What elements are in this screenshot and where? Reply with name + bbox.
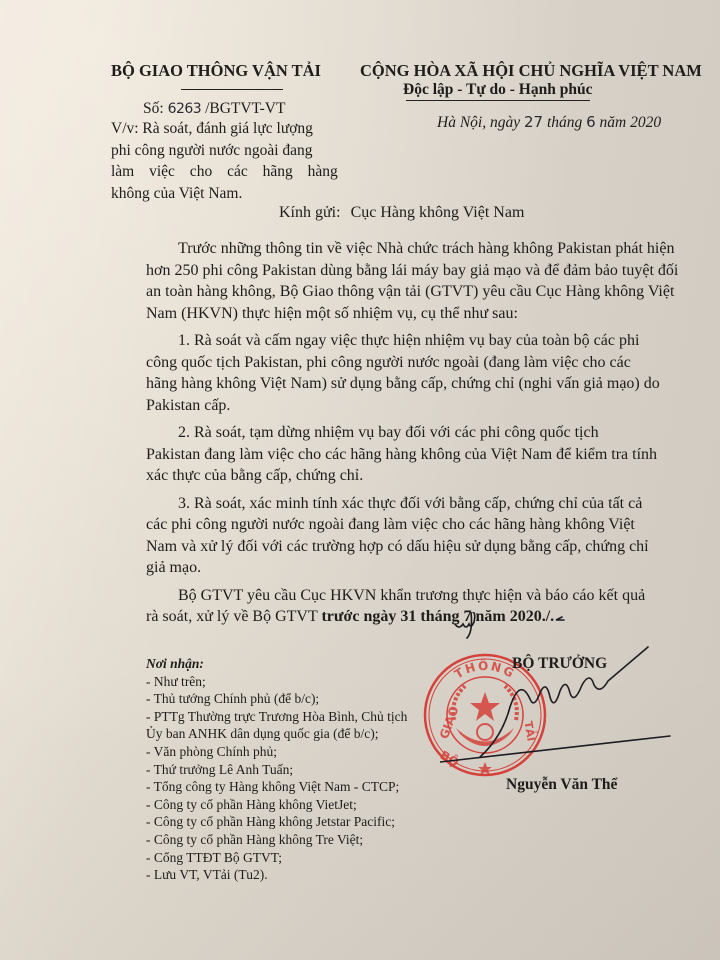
- date-prefix: Hà Nội, ngày: [437, 114, 524, 131]
- body-line: an toàn hàng không, Bộ Giao thông vận tả…: [146, 281, 598, 303]
- cc-list: Nơi nhận: - Như trên; - Thủ tướng Chính …: [146, 655, 407, 884]
- subject-line: làm việc cho các hãng hàng: [111, 161, 335, 183]
- body-line: Pakistan cấp.: [146, 395, 598, 417]
- date-month-label: tháng: [543, 114, 586, 131]
- date-year: năm 2020: [596, 114, 661, 131]
- body-line: Trước những thông tin về việc Nhà chức t…: [146, 238, 598, 260]
- cc-item: Ủy ban ANHK dân dụng quốc gia (để b/c);: [146, 725, 407, 743]
- date-line: Hà Nội, ngày 27 tháng 6 năm 2020: [437, 113, 661, 132]
- cc-item: - Thủ tướng Chính phủ (để b/c);: [146, 690, 407, 708]
- body-line: Nam và xử lý đối với các trường hợp có d…: [146, 536, 598, 558]
- subject-block: V/v: Rà soát, đánh giá lực lượng phi côn…: [111, 118, 335, 204]
- subject-line: không của Việt Nam.: [111, 183, 335, 205]
- body-line: các phi công người nước ngoài đang làm v…: [146, 514, 598, 536]
- date-month-handwritten: 6: [586, 113, 596, 131]
- subject-line: phi công người nước ngoài đang: [111, 140, 335, 162]
- body-line: Pakistan đang làm việc cho các hãng hàng…: [146, 444, 598, 466]
- body-line: Nam (HKVN) thực hiện một số nhiệm vụ, cụ…: [146, 303, 598, 325]
- cc-item: - PTTg Thường trực Trương Hòa Bình, Chủ …: [146, 708, 407, 726]
- recipient-name: Cục Hàng không Việt Nam: [351, 204, 525, 221]
- body-line: 1. Rà soát và cấm ngay việc thực hiện nh…: [146, 330, 598, 352]
- cc-item: - Công ty cổ phần Hàng không VietJet;: [146, 796, 407, 814]
- signer-position: BỘ TRƯỞNG: [512, 655, 607, 673]
- subject-line: V/v: Rà soát, đánh giá lực lượng: [111, 118, 335, 140]
- header-divider-left: [181, 89, 283, 90]
- body-line: Bộ GTVT yêu cầu Cục HKVN khẩn trương thự…: [146, 585, 598, 607]
- header-divider-right: [406, 100, 590, 101]
- cc-item: - Văn phòng Chính phủ;: [146, 743, 407, 761]
- body-line: hãng hàng không Việt Nam) sử dụng bằng c…: [146, 373, 598, 395]
- cc-item: - Như trên;: [146, 673, 407, 691]
- cc-item: - Cổng TTĐT Bộ GTVT;: [146, 849, 407, 867]
- cc-item: - Công ty cổ phần Hàng không Tre Việt;: [146, 831, 407, 849]
- recipient-line: Kính gửi:Cục Hàng không Việt Nam: [279, 204, 524, 222]
- signer-name: Nguyễn Văn Thể: [506, 776, 617, 794]
- cc-title: Nơi nhận:: [146, 655, 407, 673]
- deadline-prefix: rà soát, xử lý về Bộ GTVT: [146, 608, 321, 625]
- cc-item: - Tổng công ty Hàng không Việt Nam - CTC…: [146, 778, 407, 796]
- date-day-handwritten: 27: [524, 113, 543, 131]
- body-line: hơn 250 phi công Pakistan dùng bằng lái …: [146, 260, 598, 282]
- cc-item: - Thứ trưởng Lê Anh Tuấn;: [146, 761, 407, 779]
- body-line: xác thực của bằng cấp, chứng chỉ.: [146, 465, 598, 487]
- doc-number-suffix: /BGTVT-VT: [201, 100, 285, 117]
- document-number: Số: 6263 /BGTVT-VT: [143, 100, 285, 118]
- body-line: 3. Rà soát, xác minh tính xác thực đối v…: [146, 493, 598, 515]
- item-3: 3. Rà soát, xác minh tính xác thực đối v…: [146, 493, 598, 579]
- national-title: CỘNG HÒA XÃ HỘI CHỦ NGHĨA VIỆT NAM: [360, 61, 702, 81]
- recipient-label: Kính gửi:: [279, 204, 341, 221]
- cc-item: - Công ty cổ phần Hàng không Jetstar Pac…: [146, 813, 407, 831]
- body-line: giả mạo.: [146, 557, 598, 579]
- letter-body: Trước những thông tin về việc Nhà chức t…: [146, 238, 598, 634]
- item-2: 2. Rà soát, tạm dừng nhiệm vụ bay đối vớ…: [146, 422, 598, 487]
- intro-paragraph: Trước những thông tin về việc Nhà chức t…: [146, 238, 598, 324]
- item-1: 1. Rà soát và cấm ngay việc thực hiện nh…: [146, 330, 598, 416]
- national-motto: Độc lập - Tự do - Hạnh phúc: [403, 81, 592, 99]
- doc-number-handwritten: 6263: [168, 101, 202, 117]
- cc-item: - Lưu VT, VTải (Tu2).: [146, 866, 407, 884]
- issuing-organization: BỘ GIAO THÔNG VẬN TẢI: [111, 61, 321, 81]
- body-line: công quốc tịch Pakistan, phi công người …: [146, 352, 598, 374]
- handwritten-signature-icon: [440, 612, 720, 782]
- body-line: 2. Rà soát, tạm dừng nhiệm vụ bay đối vớ…: [146, 422, 598, 444]
- doc-number-prefix: Số:: [143, 100, 168, 117]
